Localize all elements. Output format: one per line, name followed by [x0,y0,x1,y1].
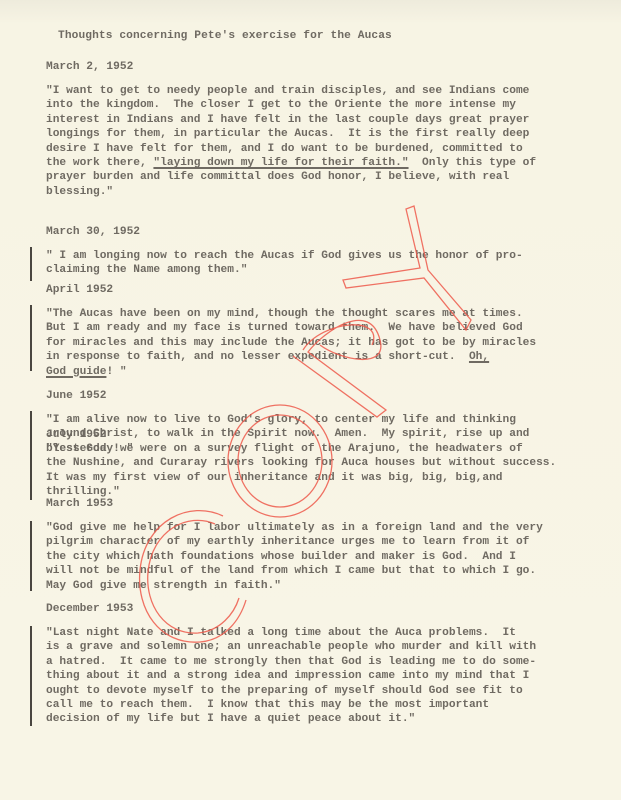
journal-entry: March 1953 "God give me help for I labor… [46,497,606,593]
entry-quote: "God give me help for I labor ultimately… [46,521,606,593]
margin-bar [30,247,32,281]
entry-date: June 1952 [46,389,606,403]
document-title: Thoughts concerning Pete's exercise for … [58,30,392,42]
entry-date: March 1953 [46,497,606,511]
journal-entry: March 30, 1952 " I am longing now to rea… [46,225,606,278]
journal-entry: March 2, 1952 "I want to get to needy pe… [46,60,606,199]
underlined-phrase: Oh, [469,351,489,363]
journal-entry: July 1952 "Yesterday we were on a survey… [46,428,606,500]
margin-bar [30,521,32,591]
journal-entry: December 1953 "Last night Nate and I tal… [46,602,606,727]
entry-quote: "Yesterday we were on a survey flight of… [46,442,606,500]
entry-date: April 1952 [46,283,606,297]
entry-quote: "Last night Nate and I talked a long tim… [46,626,606,727]
journal-entry: April 1952 "The Aucas have been on my mi… [46,283,606,379]
underlined-phrase: "laying down my life for their faith." [153,157,408,169]
entry-date: December 1953 [46,602,606,616]
typewritten-page: Thoughts concerning Pete's exercise for … [0,0,621,800]
margin-bar [30,428,32,500]
entry-date: March 2, 1952 [46,60,606,74]
margin-bar [30,305,32,371]
entry-date: July 1952 [46,428,606,442]
entry-quote: "I want to get to needy people and train… [46,84,606,199]
underlined-phrase: God guide [46,366,106,378]
margin-bar [30,626,32,726]
entry-quote: " I am longing now to reach the Aucas if… [46,249,606,278]
entry-quote: "The Aucas have been on my mind, though … [46,307,606,379]
entry-date: March 30, 1952 [46,225,606,239]
